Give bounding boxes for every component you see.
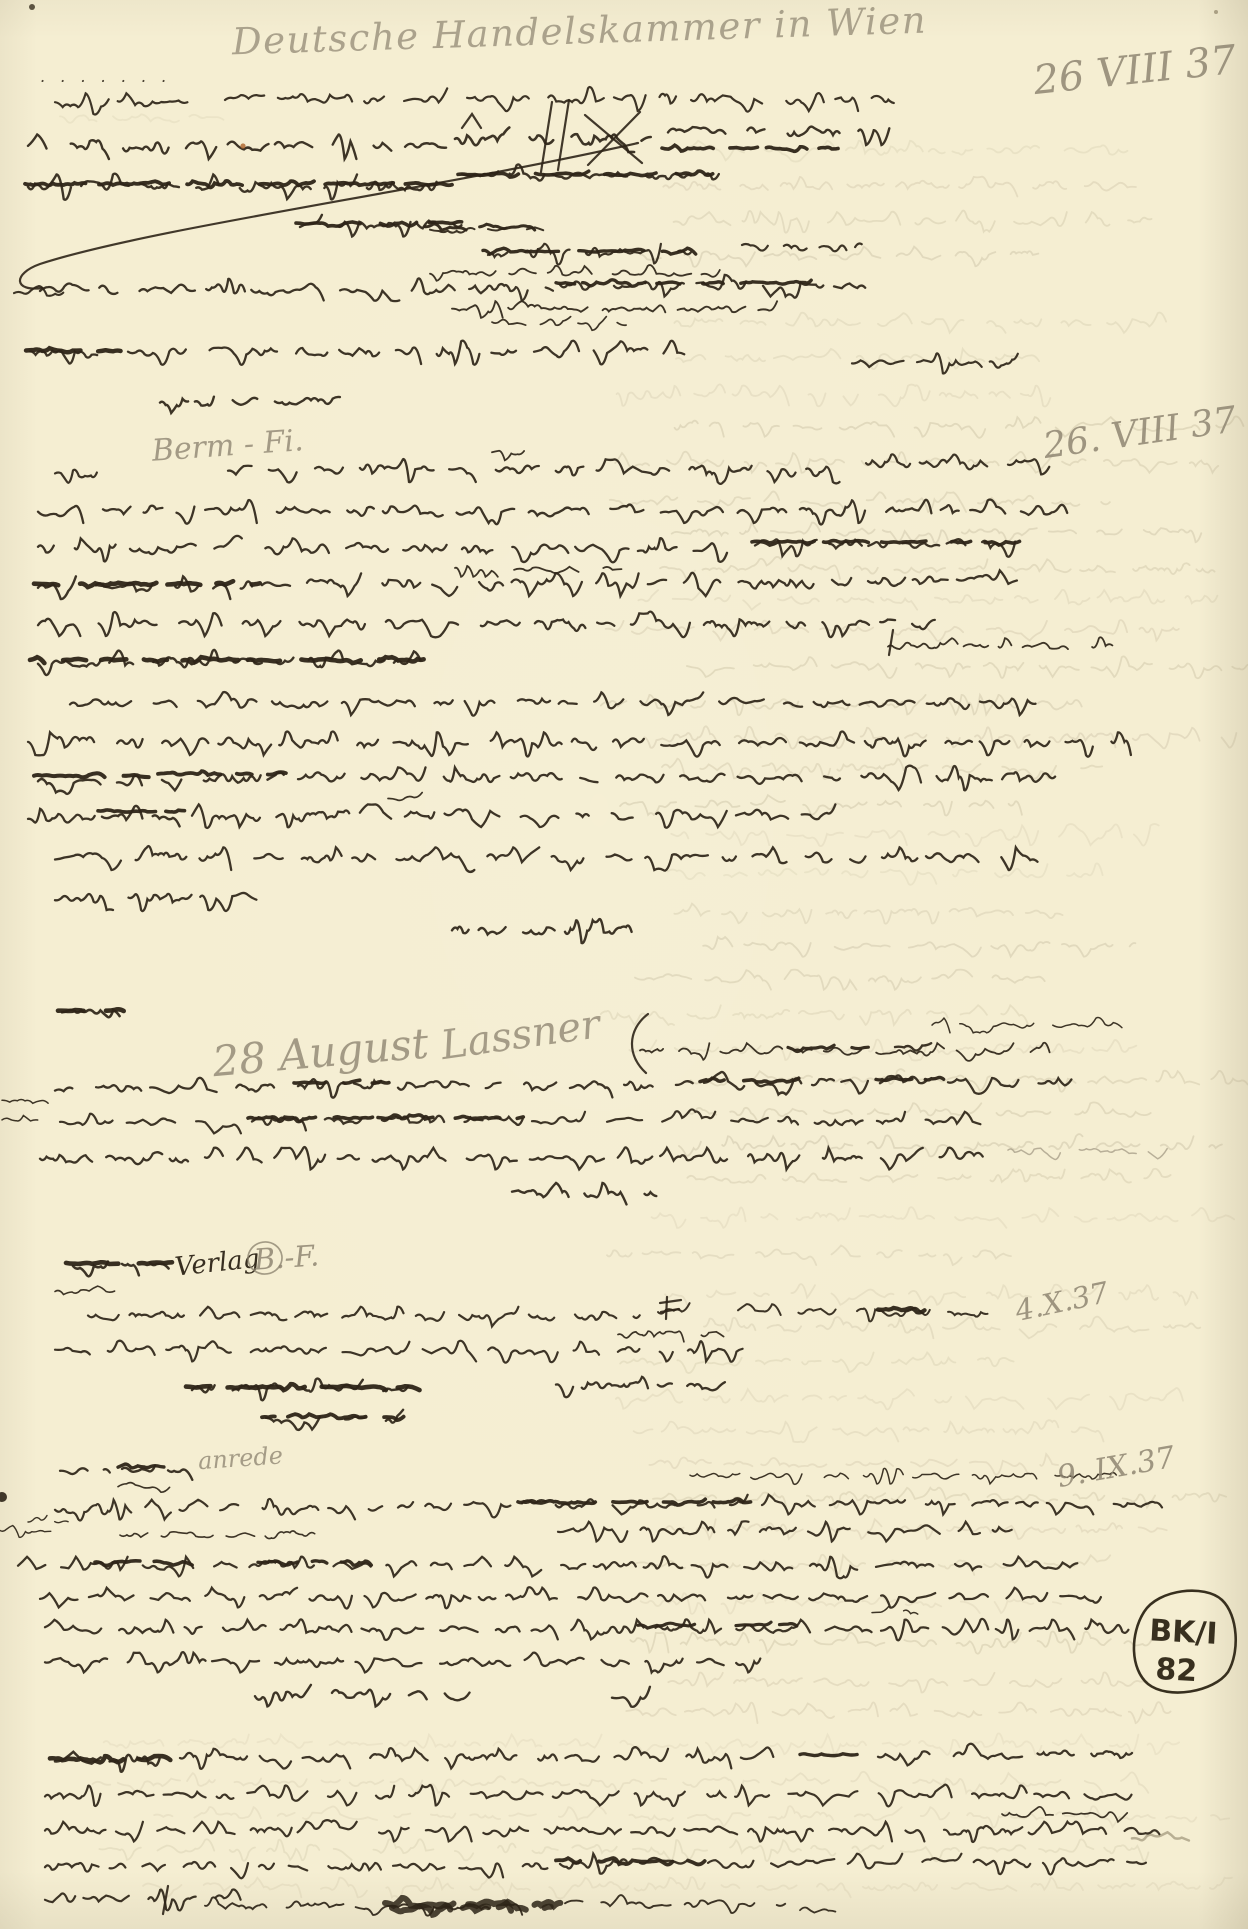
ghost-line [641,1593,1061,1614]
handwriting-line [60,1114,241,1134]
handwriting-line [560,275,865,298]
editing-mark [20,143,638,289]
ghost-line [607,1245,1011,1265]
handwriting-line [618,1331,724,1342]
handwriting-line [708,1854,1154,1875]
editing-mark [660,1300,681,1303]
handwriting-line [28,732,1131,757]
handwriting-line [18,1556,1085,1578]
ghost-line [668,863,1103,884]
handwriting-line [565,1895,785,1913]
ghost-line [671,824,1158,846]
handwriting-layer: Deutsche Handelskammer in Wien . . . . .… [0,0,1248,1929]
ghost-line [665,1284,1197,1305]
handwriting-line [398,1081,693,1097]
date-second-letter: 26. VIII 37 [1040,399,1240,467]
ghost-line [663,177,1136,197]
strike-through [800,1754,857,1756]
handwriting-line [866,454,1049,474]
handwriting-line [55,893,256,911]
handwriting-line [255,1685,470,1707]
handwriting-line [522,1495,748,1515]
handwriting-line [888,637,1112,649]
addressee-note-bf: B.-F. [252,1238,320,1277]
handwriting-line [28,134,446,159]
stamp-line2: 82 [1155,1652,1199,1689]
handwriting-line [2,1100,48,1104]
ink-speck [0,1492,7,1502]
handwriting-line [45,1619,1128,1640]
handwriting-line [38,650,421,675]
ghost-line [154,1806,1229,1827]
editing-mark [889,630,893,655]
handwriting-line [102,806,180,827]
handwriting-line [872,1607,918,1615]
strike-through [788,1045,868,1051]
handwriting-line [0,1526,51,1538]
handwriting-line [70,692,1053,716]
handwriting-line [28,1516,68,1523]
ghost-line [679,1134,1222,1156]
strike-through [66,1262,172,1264]
ghost-line [704,1317,1200,1339]
addressee-note-berm-fi: Berm - Fi. [150,423,305,469]
ghost-line [616,1388,1204,1410]
handwriting-line [452,301,777,318]
handwriting-line [45,1862,547,1878]
ghost-line [703,937,1135,957]
ghost-line [674,904,1062,924]
strike-through [26,348,121,352]
handwriting-line [55,470,111,483]
ghost-line [687,656,1248,678]
strike-through [186,1384,420,1390]
strike-through [262,1414,404,1420]
ghost-line [653,1488,1237,1508]
ghost-line [674,313,1166,333]
pencil-note-scribble [1008,1148,1167,1159]
ghost-line [601,1005,1028,1025]
handwriting-line [38,576,252,599]
date-fourth-letter: 9. IX.37 [1054,1440,1178,1495]
handwriting-line [742,243,862,251]
handwriting-line [512,1183,656,1205]
ghost-line [104,1733,1179,1754]
handwriting-line [398,1502,510,1517]
strike-through [518,1499,751,1505]
handwriting-line [55,846,1049,872]
strike-through [700,1078,799,1082]
handwriting-line [40,278,553,301]
handwriting-line [298,766,1055,791]
handwriting-line [40,1147,983,1169]
ghost-line [687,1169,1170,1183]
ghost-line [638,590,1217,610]
handwriting-line [38,612,935,638]
stamp-line1: BK/I [1148,1613,1218,1652]
ghost-line [635,970,1045,990]
handwriting-line [40,1587,1101,1608]
handwriting-line [55,1286,115,1294]
strike-through [378,1115,523,1119]
handwriting-line [55,1499,382,1521]
handwriting-line [612,1687,650,1707]
ghost-line [620,795,1022,815]
handwriting-line [118,1483,170,1493]
editing-mark [661,1309,679,1312]
pencil-annotations: Deutsche Handelskammer in Wien . . . . .… [40,0,1239,1495]
handwriting-line [558,1521,1012,1542]
handwriting-line [266,1410,403,1430]
ghost-line [601,695,1082,715]
ink-handwriting [0,87,1174,1916]
editing-mark [462,114,481,128]
handwriting-line [388,793,422,801]
ghost-line [668,1672,1158,1692]
strike-through [483,248,696,254]
handwriting-line [430,265,720,281]
ghost-line [689,1102,1151,1123]
handwriting-line [38,536,727,563]
strike-through [158,771,286,775]
handwriting-line [60,1468,110,1474]
handwriting-line [455,566,622,577]
ghost-line [93,1772,1149,1793]
ghost-line [662,759,1122,779]
handwriting-line [452,919,640,943]
handwriting-line [88,1307,640,1327]
strike-through [50,1756,170,1762]
name-lassner: Lassner [437,1001,606,1069]
editing-mark [666,1297,667,1319]
handwriting-line [878,1744,1132,1766]
strike-through [34,773,149,777]
date-top-right: 26 VIII 37 [1030,37,1239,104]
ghost-line [680,141,1128,162]
handwriting-line [492,317,626,331]
strike-through [736,1622,797,1626]
handwriting-line [45,1652,760,1672]
handwriting-line [180,1747,773,1769]
handwriting-line [832,570,1017,585]
handwriting-line [492,451,524,461]
ghost-line [652,1207,1235,1228]
handwriting-line [800,1907,835,1912]
strike-through [34,581,260,587]
handwriting-line [2,1116,38,1122]
ghost-line [630,1631,1152,1653]
page-heading: Deutsche Handelskammer in Wien [230,0,927,63]
handwriting-line [812,1079,868,1093]
dotted-row: . . . . . . . [40,67,171,86]
handwriting-line [45,1785,1132,1807]
anrede-note: anrede [197,1441,284,1475]
handwriting-line [225,87,894,112]
verlag-word: Verlag [174,1244,261,1283]
handwriting-line [192,804,835,828]
handwriting-line [690,1468,1116,1484]
handwriting-line [262,573,814,596]
date-third-letter: 4.X.37 [1011,1275,1112,1328]
ghost-line [60,114,224,122]
strike-through [248,1117,373,1122]
scribble-blotch [392,1902,551,1915]
handwriting-line [55,93,187,114]
ghost-line [674,211,1152,233]
ghost-line [645,726,1237,748]
ghost-line [617,384,1051,406]
handwriting-line [556,1377,725,1397]
date-day-month: 28 August [209,1018,430,1086]
handwriting-line [120,1531,315,1539]
ghost-line [660,557,1215,579]
manuscript-page: Deutsche Handelskammer in Wien . . . . .… [0,0,1248,1929]
ghost-line [626,1702,1170,1723]
handwriting-line [128,341,684,365]
strike-through [30,657,424,663]
ghost-line [649,1454,1058,1475]
handwriting-line [28,809,95,823]
strike-through [98,810,185,812]
rust-speck [240,143,245,148]
handwriting-line [160,397,340,413]
handwriting-line [738,1304,988,1321]
handwriting-line [28,174,437,200]
handwriting-line [38,500,1067,525]
handwriting-line [488,244,691,265]
archive-stamp: BK/I 82 [1134,1591,1236,1693]
ghost-line [634,1420,1104,1442]
ghost-line [620,1353,1013,1374]
handwriting-line [168,1470,192,1480]
ink-speck [29,4,35,10]
ghost-line [99,1839,1148,1861]
ghost-line [143,1877,1232,1899]
ink-speck [1214,10,1218,14]
handwriting-line [38,776,142,794]
